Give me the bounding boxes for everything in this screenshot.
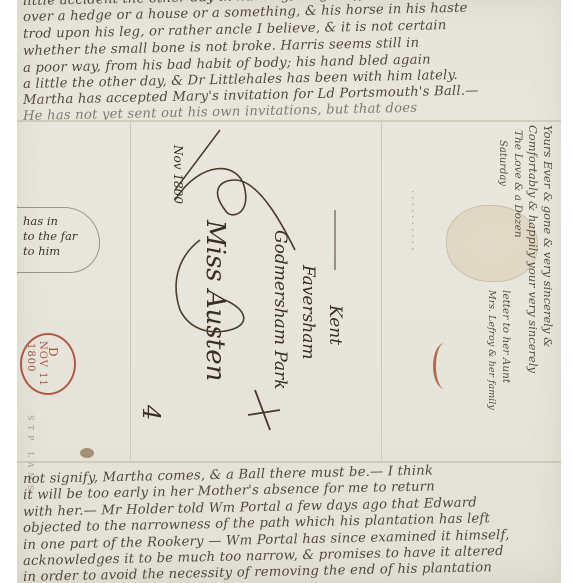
margin-note-line: to him	[23, 244, 99, 259]
postmark-stamp: D NOV 11 1800	[20, 333, 76, 395]
vertical-text-line: letter to her Aunt	[500, 290, 512, 383]
top-text-block: little accident the other day in hunting…	[17, 0, 561, 120]
margin-note-line: has in	[23, 214, 99, 229]
bottom-text-block: not signify, Martha comes, & a Ball ther…	[17, 462, 561, 583]
vertical-text-line: Mrs. Lefroy & her family	[486, 290, 497, 410]
vertical-text-line: Yours Ever & gone & very sincerely &	[541, 125, 555, 347]
postmark-year: 1800	[25, 343, 36, 372]
margin-note: has in to the far to him	[17, 207, 100, 273]
postmark-letter: D	[46, 347, 60, 358]
flourish-strokes	[130, 120, 380, 460]
ink-blot	[80, 448, 94, 458]
margin-note-line: to the far	[23, 229, 99, 244]
vertical-text-line: Comfortably & happily your very sincerel…	[526, 125, 540, 373]
bleed-through-text: . . . . . . . . . .	[409, 190, 420, 250]
postmark-date: NOV 11	[37, 341, 48, 387]
vertical-text-line: Saturday	[497, 140, 508, 186]
vertical-text-line: The Love & a Dozen	[512, 130, 524, 238]
red-seal-trace	[433, 343, 456, 389]
wax-seal-mark	[446, 205, 538, 282]
